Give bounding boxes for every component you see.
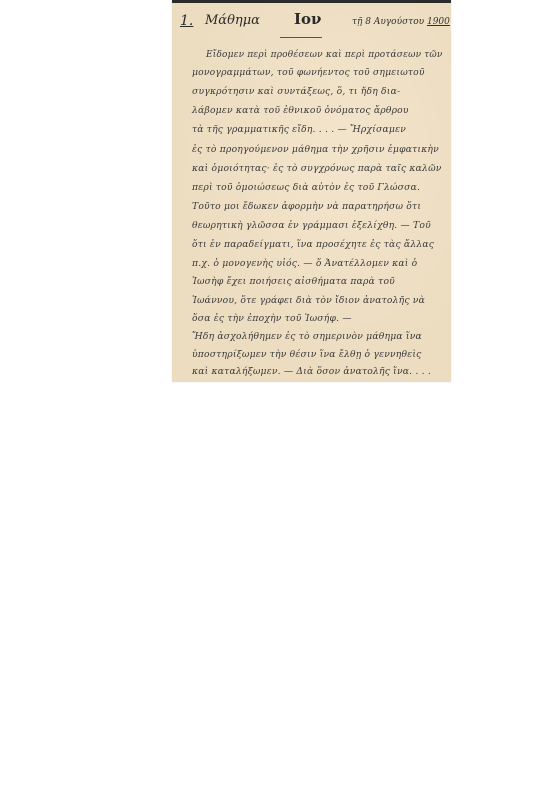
page-top-edge — [172, 0, 451, 3]
text-line: π.χ. ὁ μονογενὴς υἱός. — ὅ Ἀνατέλλομεν κ… — [192, 258, 417, 269]
lesson-roman-numeral: Iον — [294, 10, 321, 28]
text-line: τὰ τῆς γραμματικῆς εἴδη. . . . — Ἤρχίσαμ… — [192, 124, 406, 135]
lesson-date: τῇ 8 Αυγούστου 1900 — [352, 17, 450, 27]
text-line: ὑποστηρίξωμεν τὴν θέσιν ἵνα ἔλθῃ ὁ γεννη… — [192, 349, 422, 360]
text-line: ὅσα ἐς τὴν ἐποχὴν τοῦ Ἰωσήφ. — — [192, 313, 352, 324]
text-line: καὶ καταλήξωμεν. — Διὰ ὅσον ἀνατολῆς ἵνα… — [192, 366, 431, 377]
text-line: Ἰωάννου, ὅτε γράφει διὰ τὸν ἴδιον ἀνατολ… — [192, 295, 425, 306]
text-line: Τοῦτο μοι ἔδωκεν ἀφορμὴν νὰ παρατηρήσω ὅ… — [192, 201, 421, 212]
text-line: λάβομεν κατὰ τοῦ ἐθνικοῦ ὀνόματος ἄρθρου — [192, 105, 409, 116]
lesson-title: Μάθημα — [205, 13, 260, 28]
header-divider — [280, 37, 322, 38]
text-line: Εἴδομεν περὶ προθέσεων καὶ περὶ προτάσεω… — [206, 49, 443, 60]
text-line: ἐς τὸ προηγούμενον μάθημα τὴν χρῆσιν ἐμφ… — [192, 144, 439, 155]
text-line: συγκρότησιν καὶ συντάξεως, ὅ, τι ἤδη δια… — [192, 86, 400, 97]
text-line: καὶ ὁμοιότητας· ἐς τὸ συγχρόνως παρὰ ταῖ… — [192, 163, 442, 174]
date-year: 1900 — [427, 17, 450, 27]
text-line: Ἰωσὴφ ἔχει ποιήσεις αἰσθήματα παρὰ τοῦ — [192, 276, 395, 287]
text-line: μονογραμμάτων, τοῦ φωνήεντος τοῦ σημειωτ… — [192, 67, 425, 78]
text-line: Ἤδη ἀσχολήθημεν ἐς τὸ σημερινὸν μάθημα ἵ… — [192, 331, 422, 342]
lesson-number: 1. — [180, 13, 193, 29]
manuscript-page: 1. Μάθημα Iον τῇ 8 Αυγούστου 1900 Εἴδομε… — [172, 0, 451, 382]
text-line: περὶ τοῦ ὁμοιώσεως διὰ αὐτὸν ἐς τοῦ Γλώσ… — [192, 182, 420, 193]
date-prefix: τῇ — [352, 17, 362, 27]
text-line: θεωρητικὴ γλῶσσα ἐν γράμμασι ἐξελίχθη. —… — [192, 220, 431, 231]
text-line: ὅτι ἐν παραδείγματι, ἵνα προσέχητε ἐς τὰ… — [192, 239, 434, 250]
date-text: 8 Αυγούστου — [365, 17, 424, 27]
